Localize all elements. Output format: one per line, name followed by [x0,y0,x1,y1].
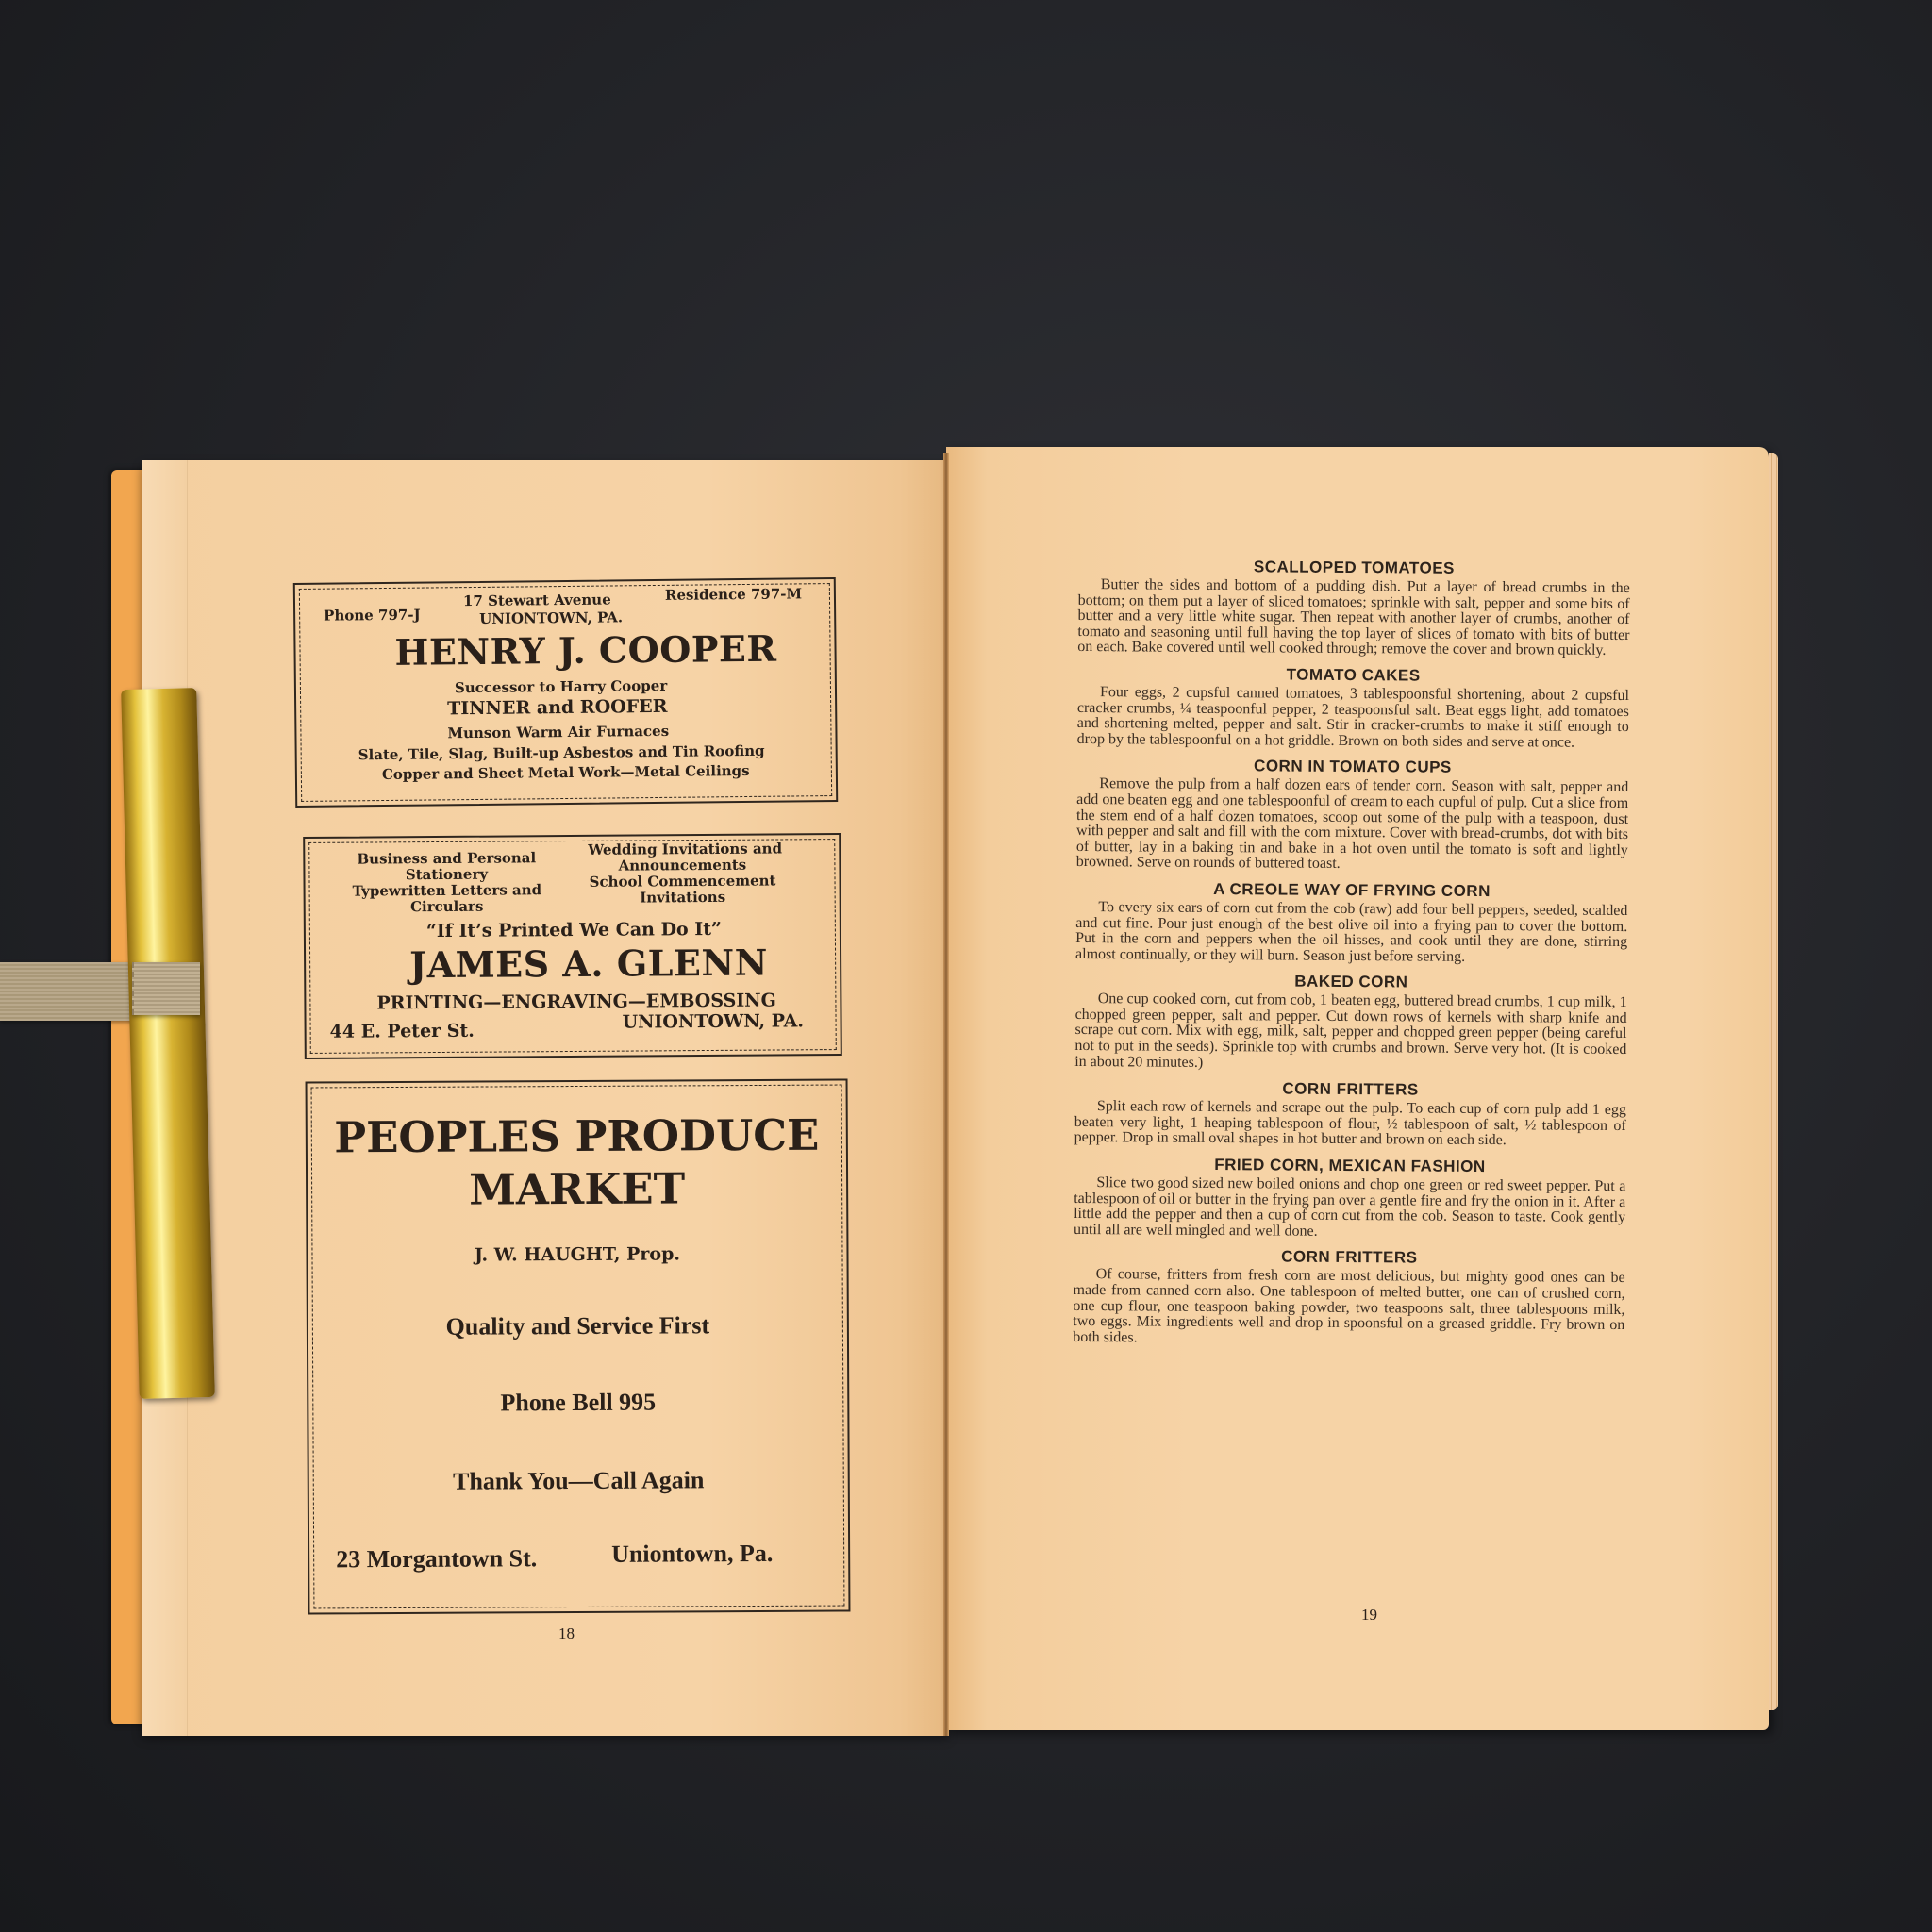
ad-phone: Phone 797-J [324,607,421,625]
ad-trade: TINNER and ROOFER [447,696,668,719]
recipe: BAKED CORN One cup cooked corn, cut from… [1074,971,1627,1074]
recipe-title: A CREOLE WAY OF FRYING CORN [1075,879,1627,902]
recipe-title: FRIED CORN, MEXICAN FASHION [1074,1155,1625,1177]
recipe-body: Of course, fritters from fresh corn are … [1073,1267,1625,1349]
recipe-body: Four eggs, 2 cupsful canned tomatoes, 3 … [1077,685,1629,751]
ad-motto: Quality and Service First [308,1311,847,1342]
ad-business-name: PEOPLES PRODUCE MARKET [308,1109,847,1218]
book-gutter [943,453,949,1736]
ad-henry-j-cooper: Phone 797-J 17 Stewart Avenue UNIONTOWN,… [293,577,838,808]
recipe-body: Slice two good sized new boiled onions a… [1074,1175,1625,1241]
ad-james-a-glenn: Business and Personal Stationery Typewri… [303,833,842,1059]
recipe: CORN FRITTERS Split each row of kernels … [1074,1078,1626,1150]
ad-line-roofing: Slate, Tile, Slag, Built-up Asbestos and… [358,742,765,764]
recipe-body: Remove the pulp from a half dozen ears o… [1076,776,1629,874]
ad-slogan: “If It’s Printed We Can Do It” [426,919,722,941]
ad-successor: Successor to Harry Cooper [455,677,667,696]
recipe-body: Butter the sides and bottom of a pudding… [1077,577,1630,659]
recipe-body: To every six ears of corn cut from the c… [1075,900,1627,966]
recipe: CORN IN TOMATO CUPS Remove the pulp from… [1076,756,1629,874]
ad-business-name: JAMES A. GLENN [409,941,768,987]
recipe-title: TOMATO CAKES [1077,664,1629,687]
ad-business-name: HENRY J. COOPER [394,627,776,674]
page-number-right: 19 [1361,1606,1377,1624]
recipe: FRIED CORN, MEXICAN FASHION Slice two go… [1074,1155,1626,1241]
recipe-title: CORN FRITTERS [1074,1078,1626,1101]
strap-loop [132,962,200,1015]
recipe-title: SCALLOPED TOMATOES [1078,557,1630,579]
recipe-title: CORN FRITTERS [1074,1246,1625,1269]
ad-street: 44 E. Peter St. [330,1021,475,1042]
recipe: TOMATO CAKES Four eggs, 2 cupsful canned… [1077,664,1630,751]
ad-address-street: 17 Stewart Avenue [463,591,611,609]
ad-residence: Residence 797-M [665,585,802,604]
recipe-title: CORN IN TOMATO CUPS [1076,756,1628,778]
page-number-left: 18 [558,1624,575,1643]
ad-phone: Phone Bell 995 [308,1388,847,1419]
recipe: SCALLOPED TOMATOES Butter the sides and … [1077,557,1630,659]
ad-line-furnaces: Munson Warm Air Furnaces [447,723,669,741]
ad-services: PRINTING—ENGRAVING—EMBOSSING [376,990,776,1013]
ad-street: 23 Morgantown St. [336,1544,537,1574]
ad-address-city: UNIONTOWN, PA. [479,608,623,627]
recipe-body: Split each row of kernels and scrape out… [1074,1099,1626,1150]
ad-city: UNIONTOWN, PA. [622,1010,804,1032]
ad-services-right: Wedding Invitations and Announcements Sc… [588,841,776,906]
ad-thanks: Thank You—Call Again [309,1466,848,1497]
ad-proprietor: J. W. HAUGHT, Prop. [308,1243,846,1267]
recipe-body: One cup cooked corn, cut from cob, 1 bea… [1074,991,1627,1074]
recipe: CORN FRITTERS Of course, fritters from f… [1073,1246,1625,1349]
ad-line-metal: Copper and Sheet Metal Work—Metal Ceilin… [382,762,750,783]
recipe: A CREOLE WAY OF FRYING CORN To every six… [1075,879,1628,966]
ad-peoples-produce-market: PEOPLES PRODUCE MARKET J. W. HAUGHT, Pro… [306,1078,851,1614]
recipe-list: SCALLOPED TOMATOES Butter the sides and … [1073,557,1630,1357]
ad-services-left: Business and Personal Stationery Typewri… [352,850,541,915]
recipe-title: BAKED CORN [1075,971,1627,993]
ad-city: Uniontown, Pa. [611,1540,773,1569]
